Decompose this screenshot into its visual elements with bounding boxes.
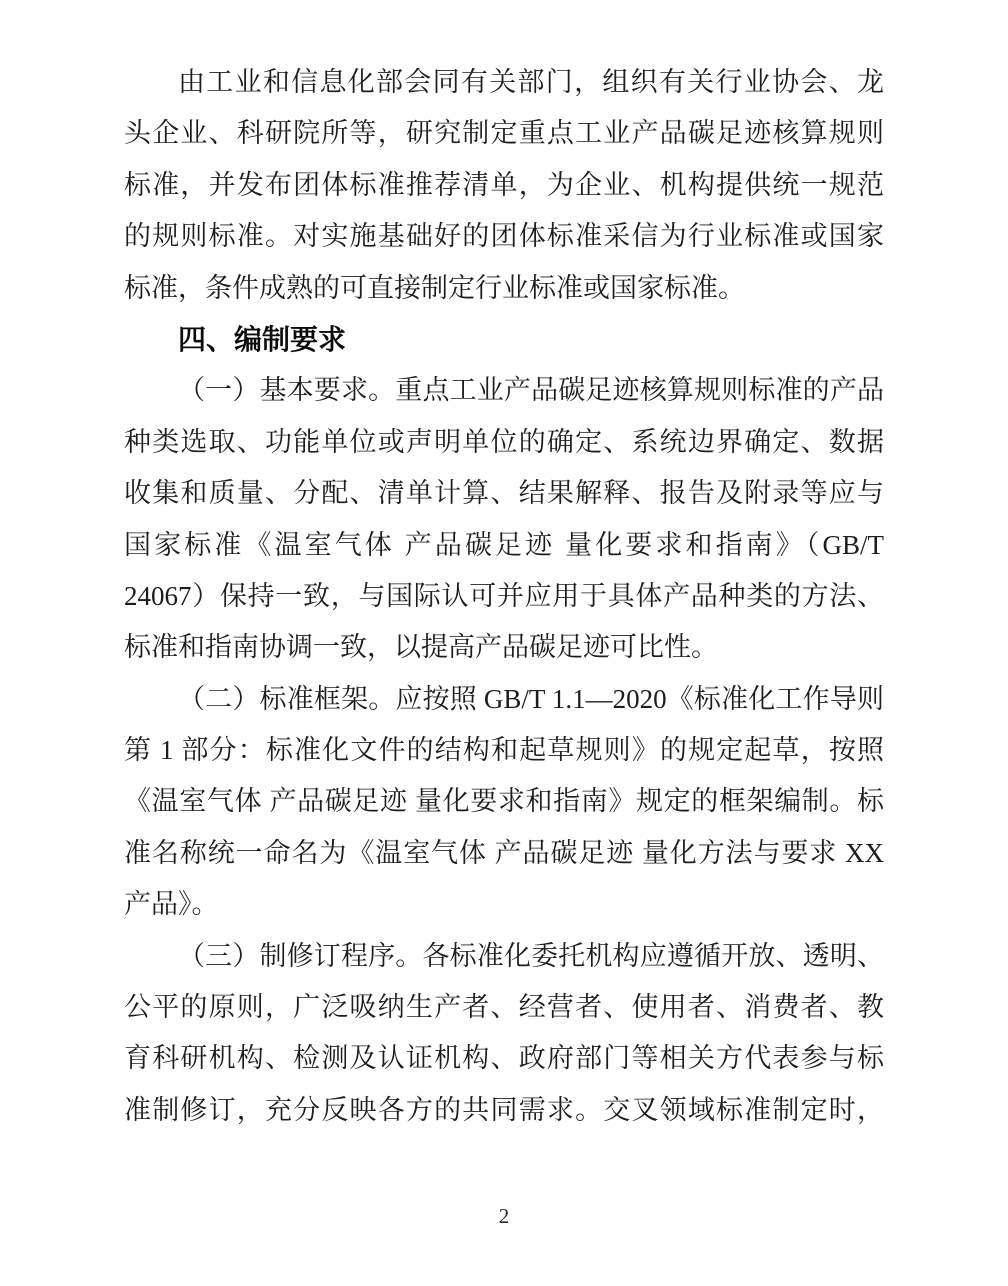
page-number: 2 bbox=[0, 1204, 1008, 1229]
paragraph-line: 《温室气体 产品碳足迹 量化要求和指南》规定的框架编制。标 bbox=[124, 776, 884, 827]
paragraph-line: 标准，并发布团体标准推荐清单，为企业、机构提供统一规范 bbox=[124, 160, 884, 211]
document-page: 由工业和信息化部会同有关部门，组织有关行业协会、龙 头企业、科研院所等，研究制定… bbox=[0, 0, 1008, 1286]
paragraph-line: 头企业、科研院所等，研究制定重点工业产品碳足迹核算规则 bbox=[124, 108, 884, 159]
paragraph-line: 24067）保持一致，与国际认可并应用于具体产品种类的方法、 bbox=[124, 571, 884, 622]
paragraph-line: 种类选取、功能单位或声明单位的确定、系统边界确定、数据 bbox=[124, 417, 884, 468]
paragraph-line: （二）标准框架。应按照 GB/T 1.1—2020《标准化工作导则 bbox=[124, 674, 884, 725]
paragraph-line: 产品》。 bbox=[124, 879, 884, 930]
paragraph-line: 国家标准《温室气体 产品碳足迹 量化要求和指南》（GB/T bbox=[124, 520, 884, 571]
paragraph-line: （三）制修订程序。各标准化委托机构应遵循开放、透明、 bbox=[124, 931, 884, 982]
section-heading: 四、编制要求 bbox=[124, 314, 884, 365]
paragraph-line: 标准和指南协调一致，以提高产品碳足迹可比性。 bbox=[124, 622, 884, 673]
paragraph-line: 由工业和信息化部会同有关部门，组织有关行业协会、龙 bbox=[124, 57, 884, 108]
paragraph-line: 准名称统一命名为《温室气体 产品碳足迹 量化方法与要求 XX bbox=[124, 828, 884, 879]
paragraph-line: 公平的原则，广泛吸纳生产者、经营者、使用者、消费者、教 bbox=[124, 982, 884, 1033]
paragraph-line: 第 1 部分：标准化文件的结构和起草规则》的规定起草，按照 bbox=[124, 725, 884, 776]
paragraph-line: 的规则标准。对实施基础好的团体标准采信为行业标准或国家 bbox=[124, 211, 884, 262]
paragraph-line: （一）基本要求。重点工业产品碳足迹核算规则标准的产品 bbox=[124, 365, 884, 416]
paragraph-line: 收集和质量、分配、清单计算、结果解释、报告及附录等应与 bbox=[124, 468, 884, 519]
paragraph-line: 标准，条件成熟的可直接制定行业标准或国家标准。 bbox=[124, 263, 884, 314]
paragraph-line: 准制修订，充分反映各方的共同需求。交叉领域标准制定时， bbox=[124, 1085, 884, 1136]
paragraph-line: 育科研机构、检测及认证机构、政府部门等相关方代表参与标 bbox=[124, 1033, 884, 1084]
document-text-block: 由工业和信息化部会同有关部门，组织有关行业协会、龙 头企业、科研院所等，研究制定… bbox=[124, 57, 884, 1136]
